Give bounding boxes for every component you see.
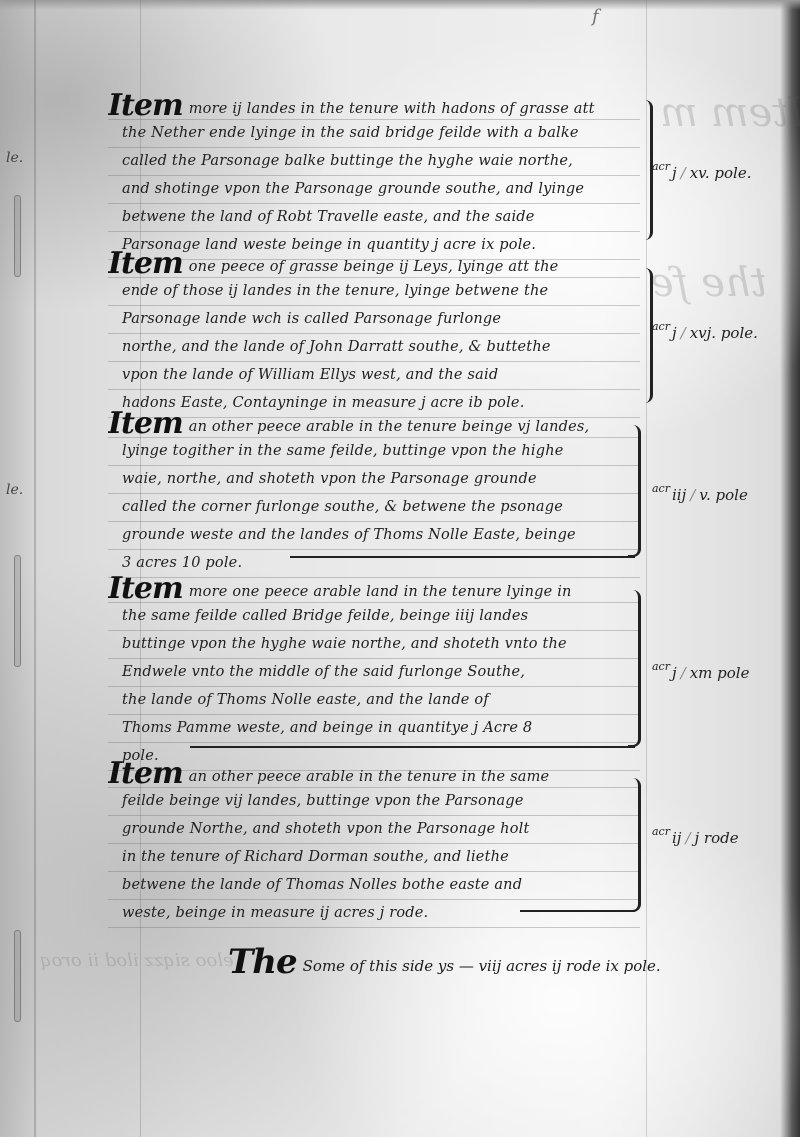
entry-box-underline: [290, 556, 635, 558]
entry-3: Iteman other peece arable in the tenure …: [108, 410, 640, 578]
entry-line: Iteman other peece arable in the tenure …: [108, 410, 640, 438]
show-through-text: the fe: [650, 260, 767, 306]
item-initial: Item: [108, 575, 183, 603]
entry-line: grounde Northe, and shoteth vpon the Par…: [108, 816, 640, 844]
entry-line: called the corner furlonge southe, & bet…: [108, 494, 640, 522]
entry-line: Itemmore one peece arable land in the te…: [108, 575, 640, 603]
entry-line: betwene the lande of Thomas Nolles bothe…: [108, 872, 640, 900]
entry-line: ende of those ij landes in the tenure, l…: [108, 278, 640, 306]
binding-thread: [14, 555, 21, 667]
entry-line: grounde weste and the landes of Thoms No…: [108, 522, 640, 550]
show-through-text: Item m: [660, 90, 800, 136]
page-total-summary: TheSome of this side ys — viij acres ij …: [228, 942, 661, 982]
entry-line: 3 acres 10 pole.: [108, 550, 640, 578]
acreage-note-5: acrij/j rode: [652, 825, 739, 847]
item-initial: Item: [108, 760, 183, 788]
entry-line: in the tenure of Richard Dorman southe, …: [108, 844, 640, 872]
item-initial: Item: [108, 410, 183, 438]
page-gutter: [34, 0, 36, 1137]
show-through-text: eloo siqzz ilod ii oroq: [40, 950, 234, 971]
entry-line: Endwele vnto the middle of the said furl…: [108, 659, 640, 687]
entry-5: Iteman other peece arable in the tenure …: [108, 760, 640, 928]
acreage-note-4: acrj/xm pole: [652, 660, 749, 682]
binding-thread: [14, 195, 21, 277]
entry-2: Itemone peece of grasse beinge ij Leys, …: [108, 250, 640, 418]
summary-initial: The: [228, 942, 297, 982]
item-initial: Item: [108, 250, 183, 278]
entry-line: Itemmore ij landes in the tenure with ha…: [108, 92, 640, 120]
entry-line: and shotinge vpon the Parsonage grounde …: [108, 176, 640, 204]
entry-4: Itemmore one peece arable land in the te…: [108, 575, 640, 771]
entry-box-underline: [190, 746, 635, 748]
acreage-note-2: acrj/xvj. pole.: [652, 320, 758, 342]
acreage-note-3: acriij/v. pole: [652, 482, 748, 504]
entry-line: Itemone peece of grasse beinge ij Leys, …: [108, 250, 640, 278]
entry-bracket: [628, 778, 641, 912]
left-margin-note: le.: [6, 150, 23, 166]
entry-line: Thoms Pamme weste, and beinge in quantit…: [108, 715, 640, 743]
entry-line: Iteman other peece arable in the tenure …: [108, 760, 640, 788]
entry-line: the Nether ende lyinge in the said bridg…: [108, 120, 640, 148]
left-margin-note: le.: [6, 482, 23, 498]
entry-box-underline: [520, 910, 635, 912]
manuscript-page: le. le. f Item m the fe eloo siqzz ilod …: [0, 0, 800, 1137]
page-top-edge: [0, 0, 800, 10]
entry-line: lyinge togither in the same feilde, butt…: [108, 438, 640, 466]
item-initial: Item: [108, 92, 183, 120]
entry-line: buttinge vpon the hyghe waie northe, and…: [108, 631, 640, 659]
entry-line: betwene the land of Robt Travelle easte,…: [108, 204, 640, 232]
folio-mark: f: [592, 6, 599, 27]
entry-line: waie, northe, and shoteth vpon the Parso…: [108, 466, 640, 494]
entry-bracket: [628, 425, 641, 557]
acreage-note-1: acrj/xv. pole.: [652, 160, 751, 182]
entry-line: Parsonage lande wch is called Parsonage …: [108, 306, 640, 334]
entry-line: weste, beinge in measure ij acres j rode…: [108, 900, 640, 928]
entry-1: Itemmore ij landes in the tenure with ha…: [108, 92, 640, 260]
entry-line: the same feilde called Bridge feilde, be…: [108, 603, 640, 631]
entry-line: called the Parsonage balke buttinge the …: [108, 148, 640, 176]
entry-line: northe, and the lande of John Darratt so…: [108, 334, 640, 362]
entry-line: feilde beinge vij landes, buttinge vpon …: [108, 788, 640, 816]
binding-thread: [14, 930, 21, 1022]
entry-line: the lande of Thoms Nolle easte, and the …: [108, 687, 640, 715]
entry-line: vpon the lande of William Ellys west, an…: [108, 362, 640, 390]
entry-bracket: [628, 590, 641, 747]
